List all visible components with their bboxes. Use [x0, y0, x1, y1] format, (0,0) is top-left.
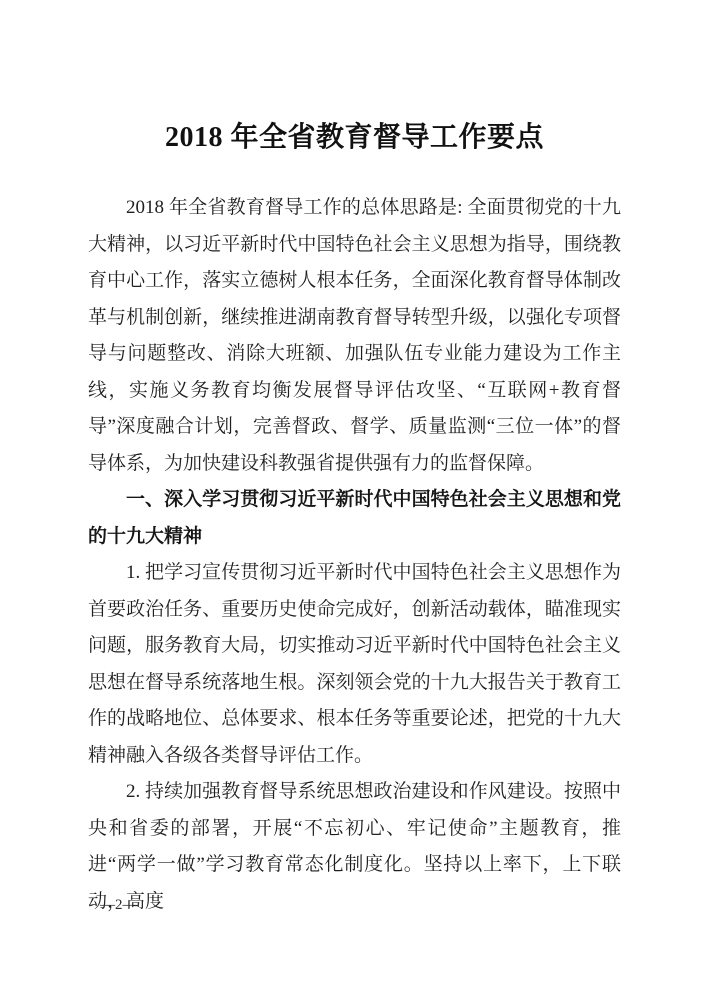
document-title: 2018 年全省教育督导工作要点 — [88, 116, 621, 160]
paragraph-item-2: 2. 持续加强教育督导系统思想政治建设和作风建设。按照中央和省委的部署，开展“不… — [88, 774, 621, 920]
section-heading-1: 一、深入学习贯彻习近平新时代中国特色社会主义思想和党的十九大精神 — [88, 482, 621, 555]
paragraph-overview: 2018 年全省教育督导工作的总体思路是: 全面贯彻党的十九大精神，以习近平新时… — [88, 190, 621, 482]
page-number: —2— — [100, 895, 138, 915]
document-page: 2018 年全省教育督导工作要点 2018 年全省教育督导工作的总体思路是: 全… — [0, 0, 707, 1000]
text-block: 2018 年全省教育督导工作要点 2018 年全省教育督导工作的总体思路是: 全… — [88, 0, 621, 920]
paragraph-item-1: 1. 把学习宣传贯彻习近平新时代中国特色社会主义思想作为首要政治任务、重要历史使… — [88, 555, 621, 774]
